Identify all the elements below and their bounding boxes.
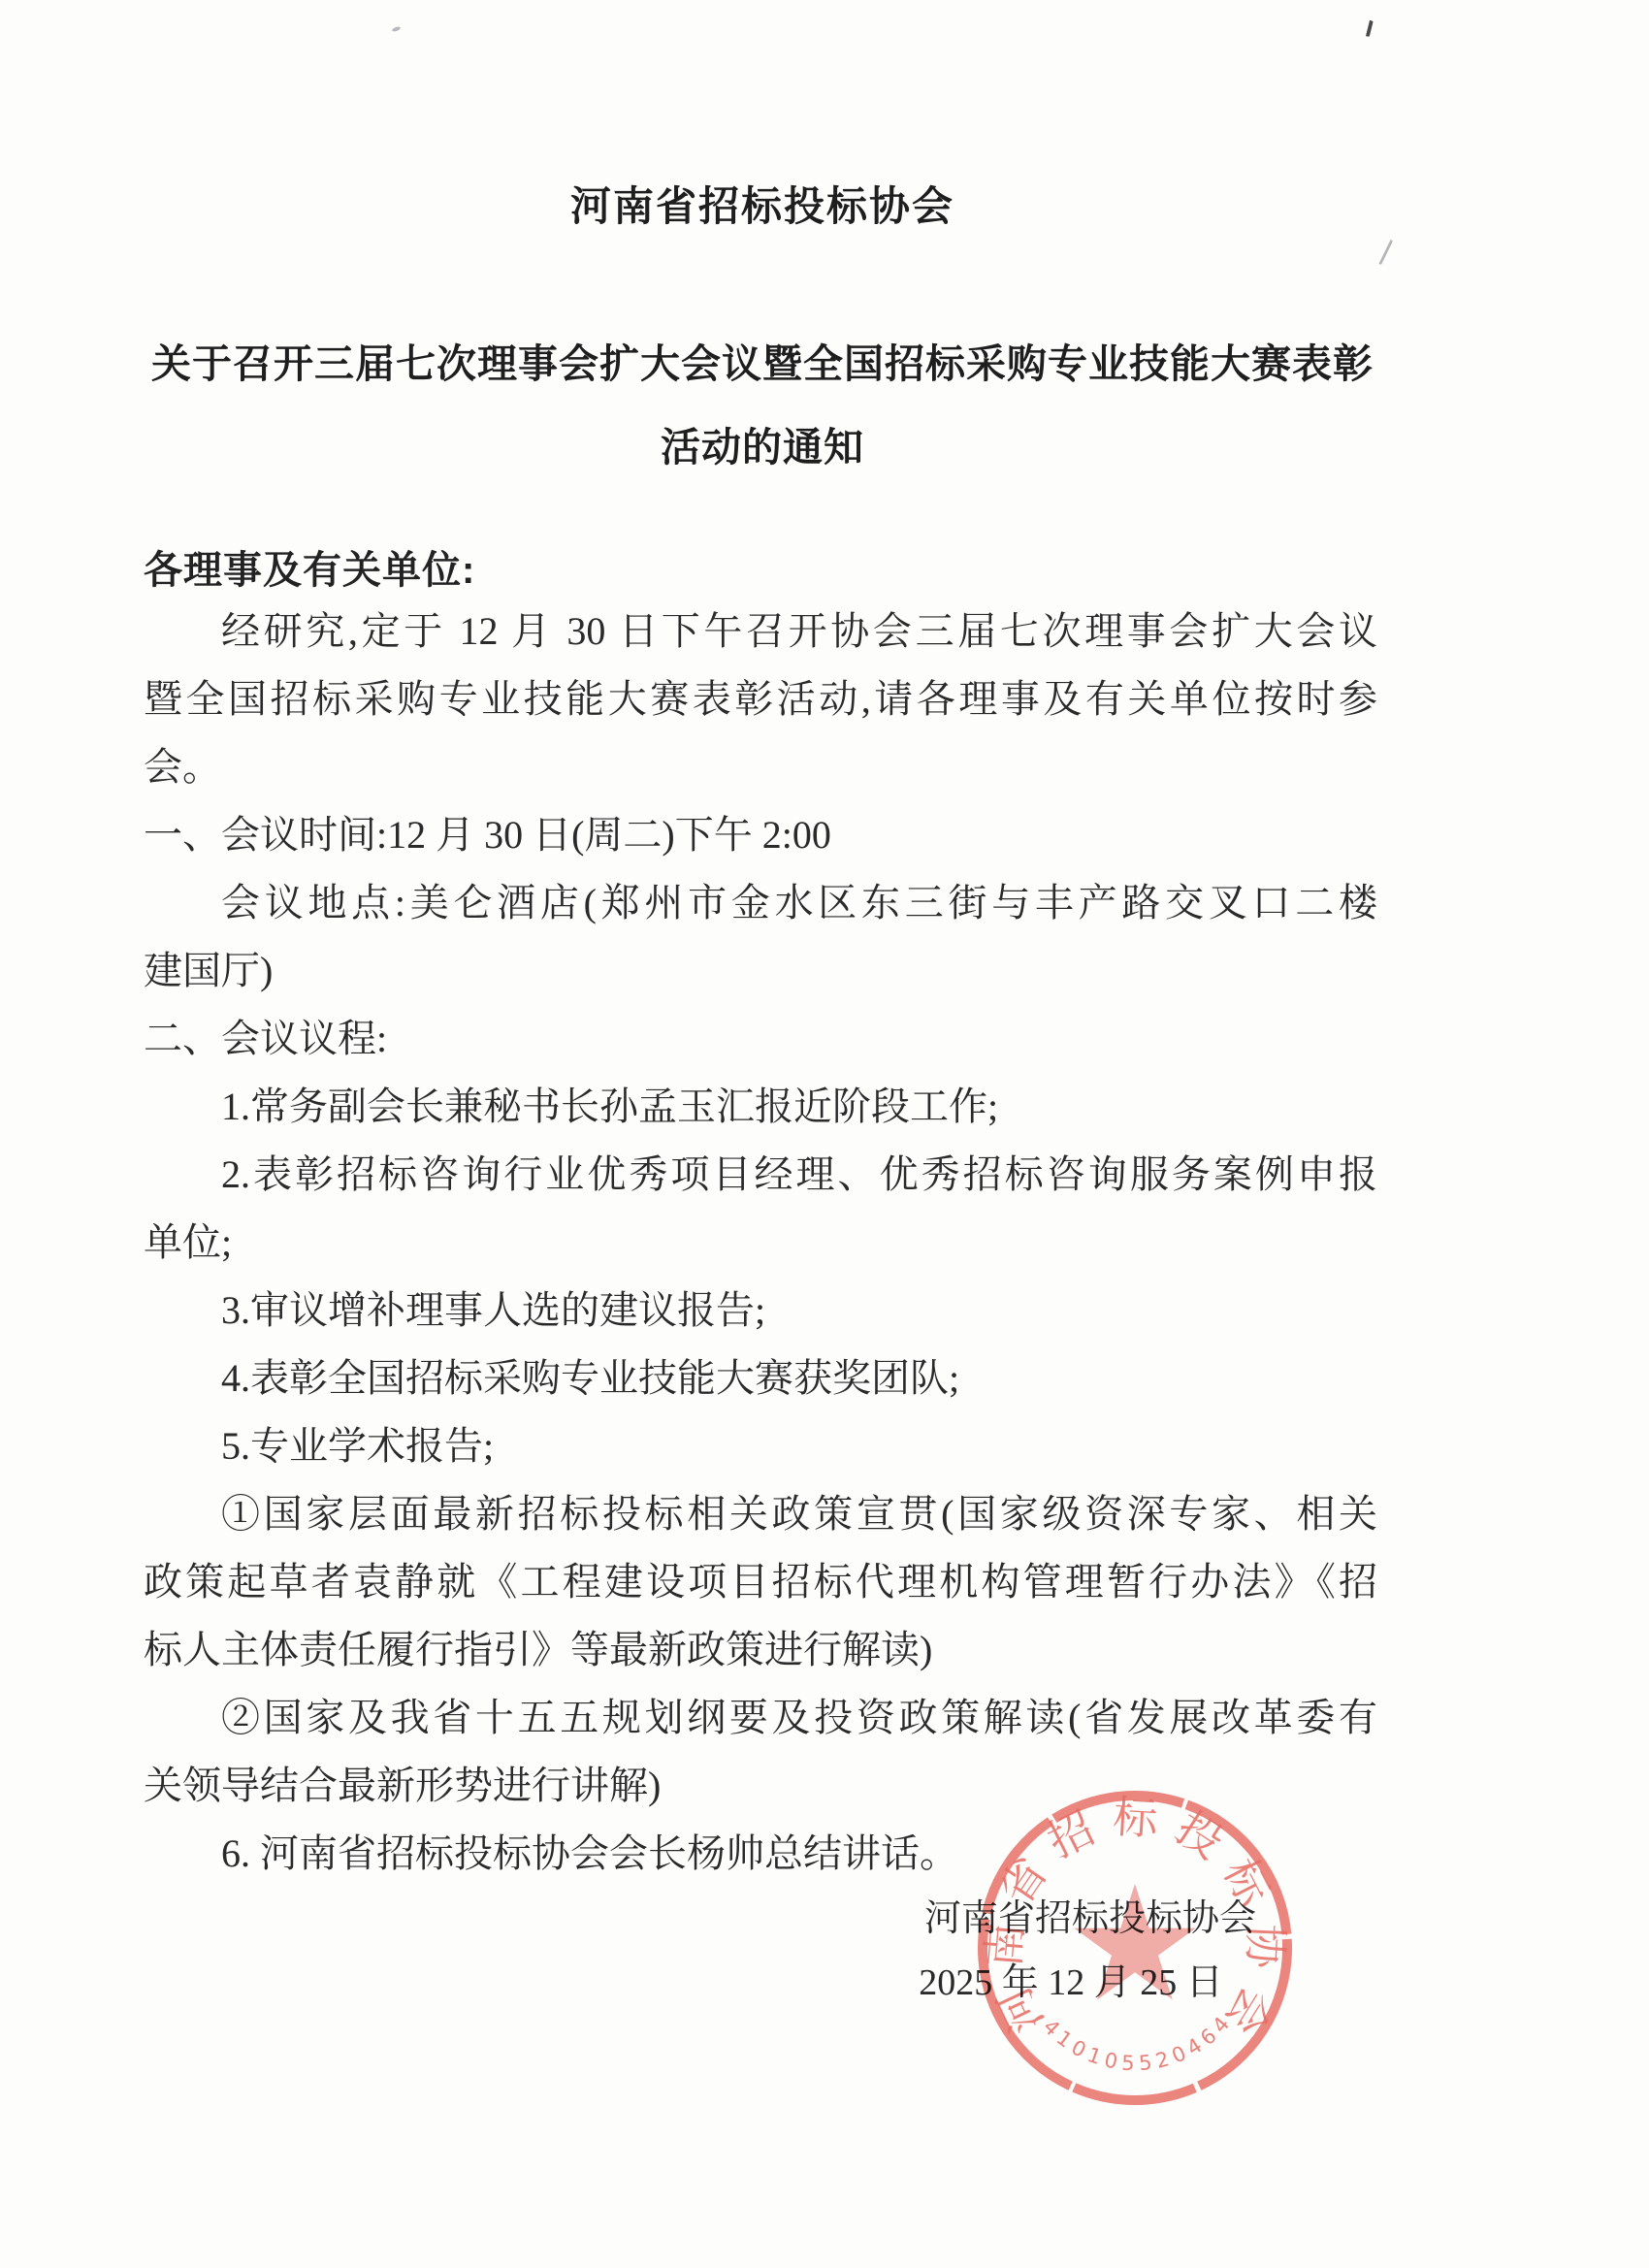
body-line: 1.常务副会长兼秘书长孙孟玉汇报近阶段工作; <box>144 1073 1377 1141</box>
subtitle-line-1: 关于召开三届七次理事会扩大会议暨全国招标采购专业技能大赛表彰 <box>126 322 1399 405</box>
document-body: 经研究,定于 12 月 30 日下午召开协会三届七次理事会扩大会议暨全国招标采购… <box>144 598 1377 1888</box>
body-line: 政策起草者袁静就《工程建设项目招标代理机构管理暂行办法》《招 <box>144 1548 1377 1616</box>
body-line: 二、会议议程: <box>144 1005 1377 1073</box>
body-line: 暨全国招标采购专业技能大赛表彰活动,请各理事及有关单位按时参 <box>144 665 1377 733</box>
salutation: 各理事及有关单位: <box>144 539 1377 595</box>
scan-artifact-slash <box>1367 234 1394 266</box>
body-line: 会议地点:美仑酒店(郑州市金水区东三街与丰产路交叉口二楼 <box>144 869 1377 937</box>
body-line: 3.审议增补理事人选的建议报告; <box>144 1277 1377 1345</box>
body-line: ①国家层面最新招标投标相关政策宣贯(国家级资深专家、相关 <box>144 1480 1377 1548</box>
document-title: 河南省招标投标协会 <box>145 175 1379 233</box>
body-line: 建国厅) <box>144 937 1377 1005</box>
body-line: ②国家及我省十五五规划纲要及投资政策解读(省发展改革委有 <box>144 1684 1377 1752</box>
body-line: 一、会议时间:12 月 30 日(周二)下午 2:00 <box>144 801 1377 869</box>
subtitle-line-2: 活动的通知 <box>126 405 1399 489</box>
body-line: 标人主体责任履行指引》等最新政策进行解读) <box>144 1616 1377 1684</box>
official-seal-stamp: 河南省招标投标协会 4101055204643 <box>970 1783 1300 2113</box>
body-line: 5.专业学术报告; <box>144 1412 1377 1480</box>
body-line: 单位; <box>144 1209 1377 1277</box>
body-line: 4.表彰全国招标采购专业技能大赛获奖团队; <box>144 1345 1377 1412</box>
body-line: 2.表彰招标咨询行业优秀项目经理、优秀招标咨询服务案例申报 <box>144 1141 1377 1209</box>
scan-artifact-speck <box>392 26 402 33</box>
scanned-document-page: 河南省招标投标协会 关于召开三届七次理事会扩大会议暨全国招标采购专业技能大赛表彰… <box>0 0 1649 2268</box>
body-line: 会。 <box>144 733 1377 801</box>
scan-artifact-tick <box>1358 18 1374 37</box>
stamp-star-icon <box>1074 1884 1196 1999</box>
body-line: 经研究,定于 12 月 30 日下午召开协会三届七次理事会扩大会议 <box>144 598 1377 665</box>
document-subtitle: 关于召开三届七次理事会扩大会议暨全国招标采购专业技能大赛表彰 活动的通知 <box>126 322 1399 489</box>
